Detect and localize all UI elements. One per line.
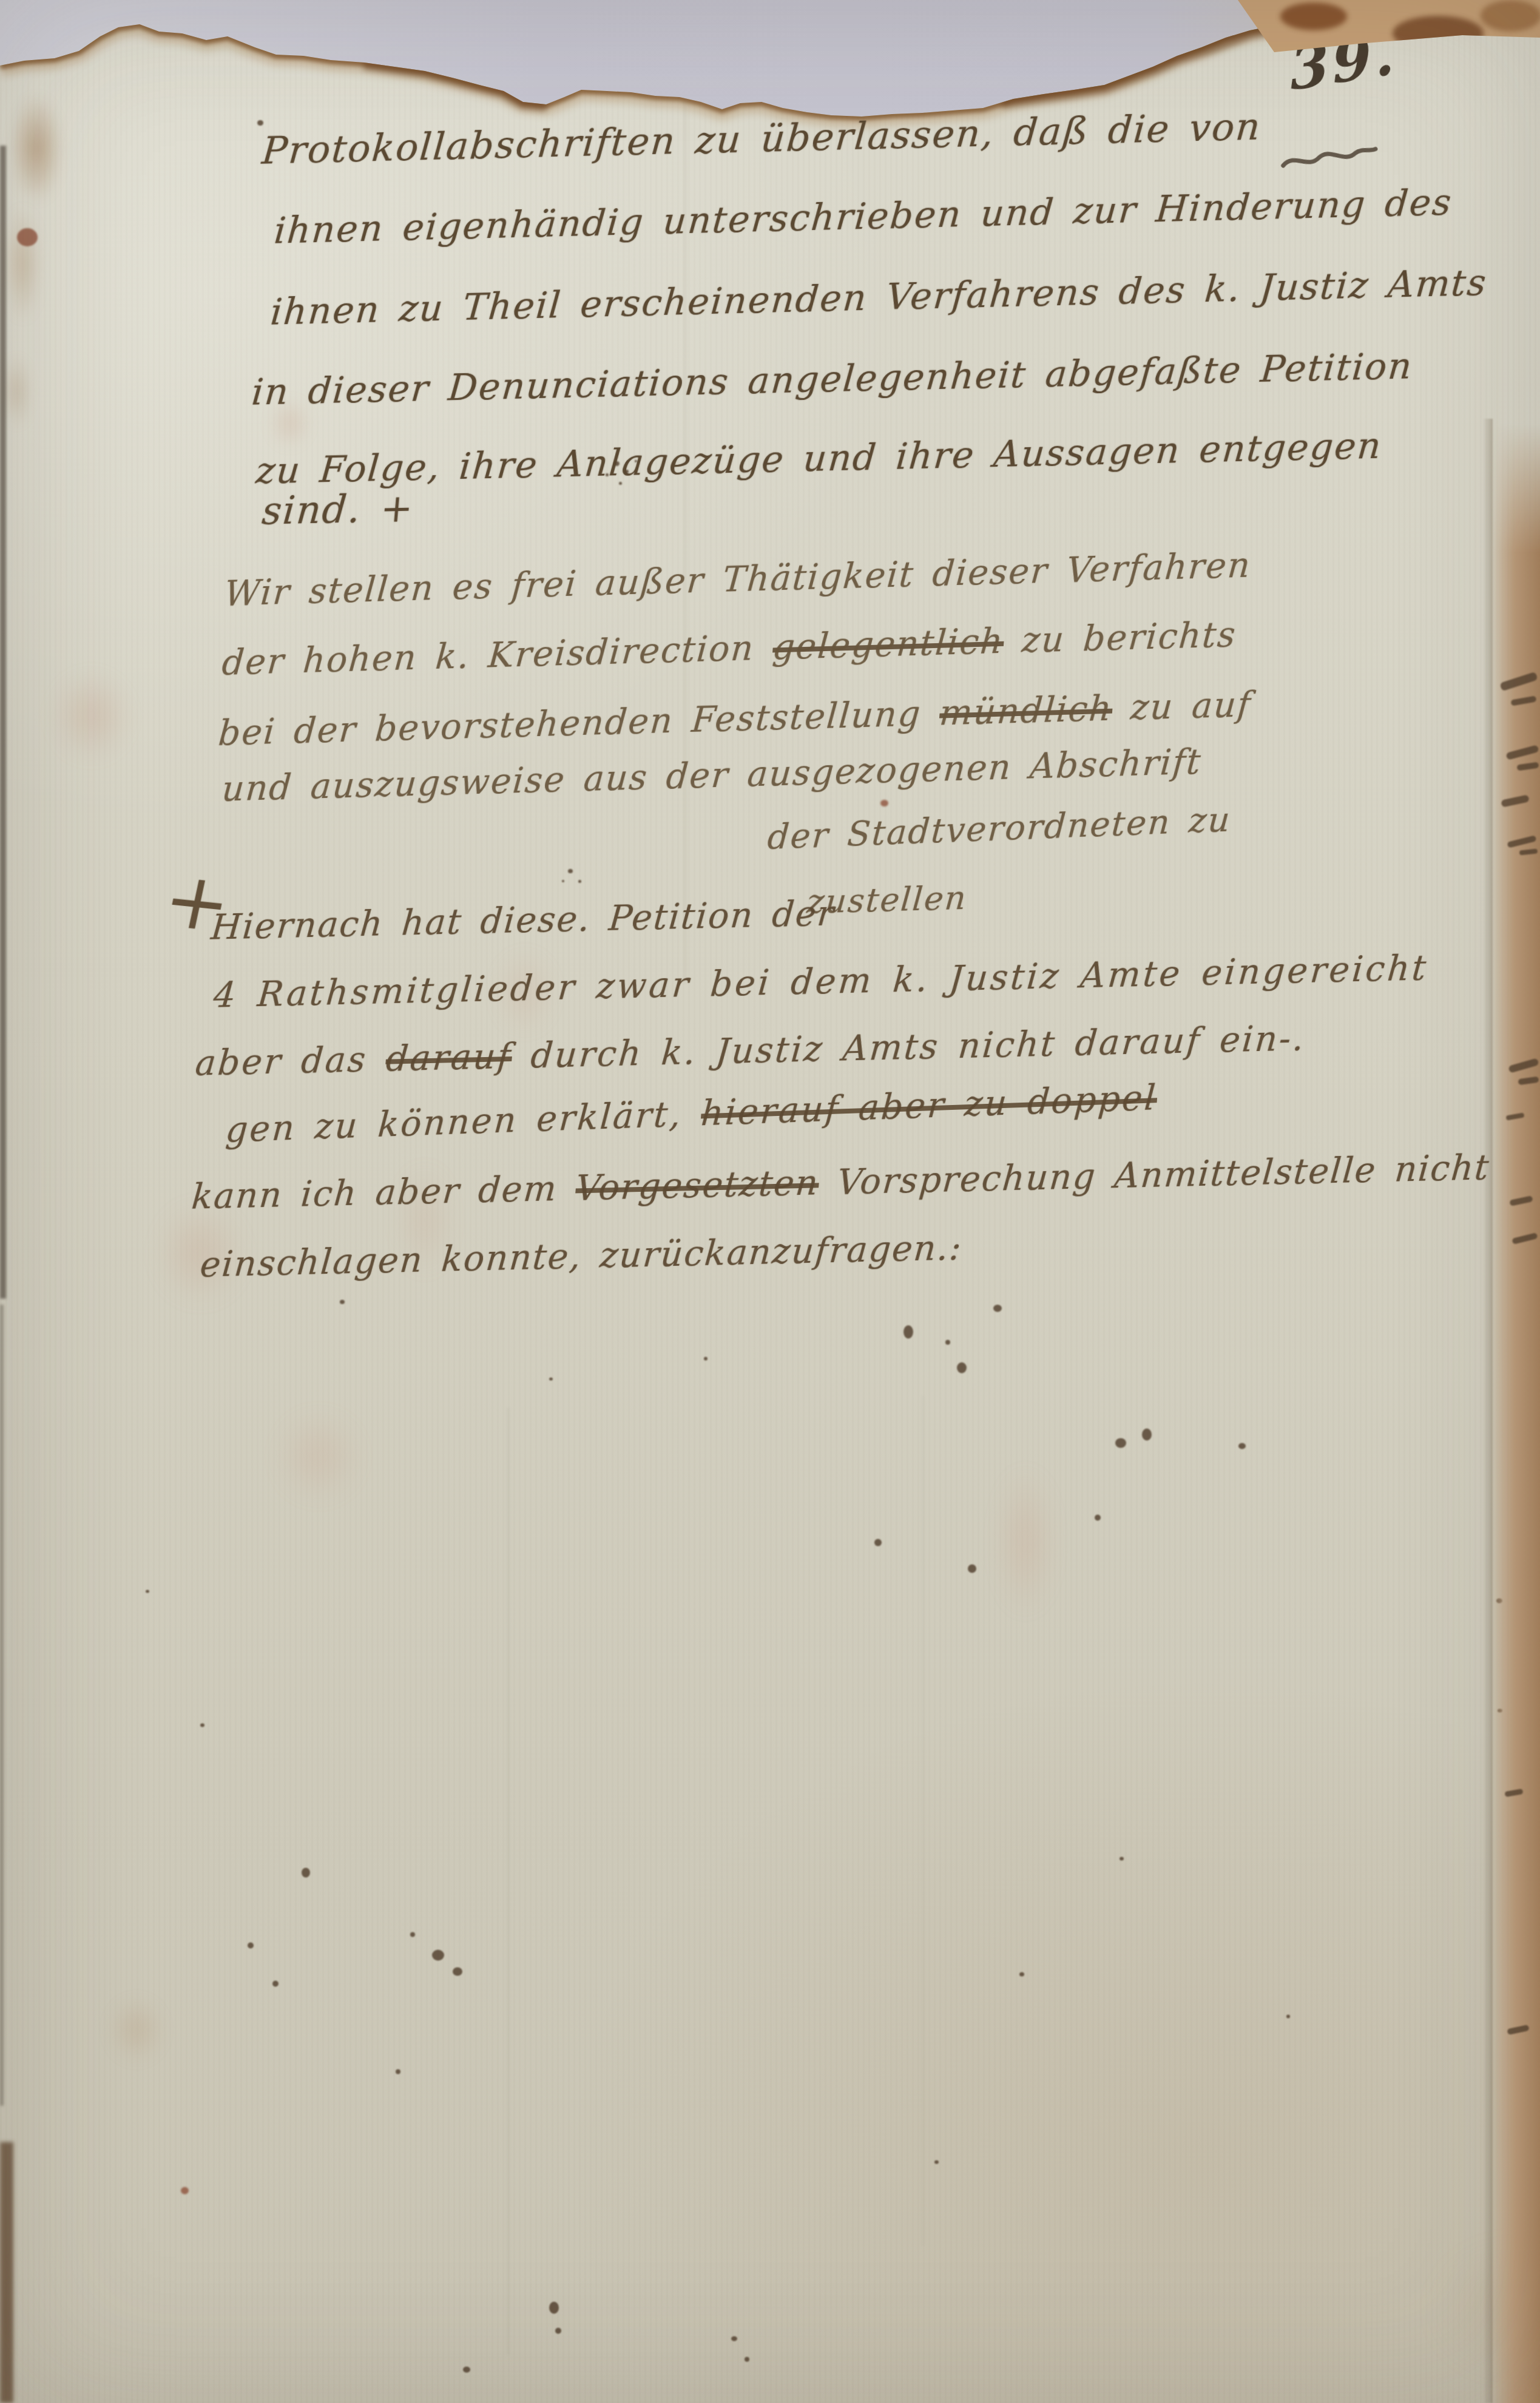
handwriting-text: bei der bevorstehenden Feststellung [217, 694, 941, 754]
handwriting-text: Protokollabschriften zu überlassen, daß … [260, 104, 1263, 173]
struck-text: mündlich [938, 689, 1114, 734]
manuscript-line: ihnen eigenhändig unterschrieben und zur… [272, 181, 1454, 252]
manuscript-line: der Stadtverordneten zu [766, 800, 1232, 858]
next-page-ink-mark [1507, 835, 1537, 848]
handwriting-text: gen zu können erklärt, [225, 1094, 703, 1151]
handwriting-text: und auszugsweise aus der ausgezogenen Ab… [220, 742, 1203, 809]
manuscript-line: Hiernach hat diese. Petition der [209, 894, 836, 948]
next-page-ink-mark [1506, 1112, 1525, 1120]
manuscript-line: kann ich aber dem Vorgesetzten Vorsprech… [190, 1147, 1491, 1217]
handwriting-text: der Stadtverordneten zu [766, 800, 1232, 858]
manuscript-line: 4 Rathsmitglieder zwar bei dem k. Justiz… [212, 948, 1430, 1016]
next-page-ink-mark [1505, 745, 1539, 760]
manuscript-photo: 39. Protokollabschriften zu überlassen, … [0, 0, 1540, 2403]
next-page-ink-mark [1516, 762, 1539, 771]
handwriting-text: Vorsprechung Anmittelstelle nicht [817, 1147, 1491, 1203]
manuscript-line: sind. + [260, 486, 416, 533]
handwriting-text: ihnen zu Theil erscheinenden Verfahrens … [269, 262, 1488, 334]
struck-text: darauf [385, 1036, 514, 1080]
manuscript-line: gen zu können erklärt, hierauf aber zu d… [225, 1078, 1159, 1151]
handwriting-text: Wir stellen es frei außer Thätigkeit die… [223, 546, 1252, 614]
struck-text: hierauf aber zu doppel [700, 1078, 1158, 1134]
handwriting-text: zu berichts [1002, 615, 1238, 661]
handwriting-text: 4 Rathsmitglieder zwar bei dem k. Justiz… [212, 948, 1430, 1016]
next-page-sliver [1490, 425, 1540, 2403]
manuscript-line: ihnen zu Theil erscheinenden Verfahrens … [269, 262, 1488, 334]
manuscript-line: der hohen k. Kreisdirection gelegentlich… [220, 615, 1238, 683]
handwriting-text: aber das [194, 1039, 388, 1084]
handwriting-text: kann ich aber dem [190, 1169, 577, 1218]
handwriting-text: zu Folge, ihre Anlagezüge und ihre Aussa… [254, 425, 1383, 493]
handwriting-text: zu auf [1111, 684, 1253, 729]
handwriting-text: in dieser Denunciations angelegenheit ab… [250, 345, 1414, 414]
flourish-mark [1278, 140, 1383, 177]
manuscript-line: zu Folge, ihre Anlagezüge und ihre Aussa… [254, 425, 1383, 493]
next-page-ink-mark [1499, 672, 1538, 691]
handwriting-text: durch k. Justiz Amts nicht darauf ein-. [510, 1018, 1307, 1076]
handwriting-text: einschlagen konnte, zurückanzufragen.: [198, 1228, 964, 1285]
next-page-ink-mark [1511, 1232, 1538, 1245]
manuscript-page: 39. Protokollabschriften zu überlassen, … [0, 0, 1540, 2403]
manuscript-line: Protokollabschriften zu überlassen, daß … [260, 104, 1263, 173]
next-page-ink-mark [1507, 2024, 1529, 2035]
next-page-ink-mark [1509, 1195, 1533, 1206]
manuscript-line: und auszugsweise aus der ausgezogenen Ab… [220, 742, 1203, 809]
next-page-ink-mark [1518, 1076, 1539, 1086]
next-page-ink-mark [1519, 848, 1538, 855]
next-page-ink-mark [1510, 695, 1536, 706]
next-page-ink-mark [1501, 794, 1529, 807]
struck-text: Vorgesetzten [574, 1163, 820, 1208]
manuscript-line: in dieser Denunciations angelegenheit ab… [250, 345, 1414, 414]
handwriting-text: der hohen k. Kreisdirection [220, 628, 774, 684]
manuscript-text: 39. Protokollabschriften zu überlassen, … [0, 0, 1540, 2403]
manuscript-line: Wir stellen es frei außer Thätigkeit die… [223, 546, 1252, 614]
next-page-ink-mark [1508, 1058, 1539, 1073]
handwriting-text: ihnen eigenhändig unterschrieben und zur… [272, 181, 1454, 252]
handwriting-text: sind. + [260, 486, 416, 533]
struck-text: gelegentlich [771, 621, 1005, 668]
manuscript-line: aber das darauf durch k. Justiz Amts nic… [194, 1018, 1307, 1084]
next-page-ink-mark [1504, 1788, 1523, 1797]
manuscript-line: bei der bevorstehenden Feststellung münd… [217, 684, 1252, 754]
manuscript-line: einschlagen konnte, zurückanzufragen.: [198, 1228, 964, 1285]
handwriting-text: Hiernach hat diese. Petition der [209, 894, 836, 948]
